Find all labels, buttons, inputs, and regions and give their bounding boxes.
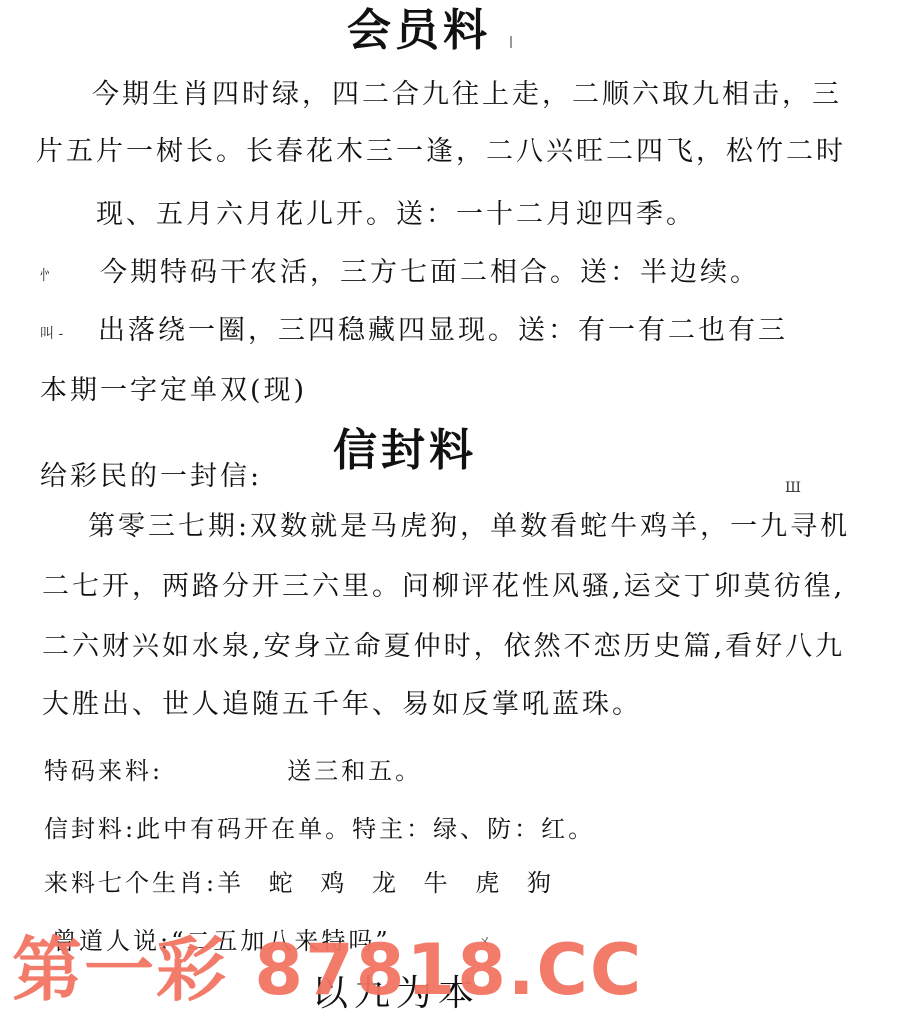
letter-line-4: 大胜出、世人追随五千年、易如反掌吼蓝珠。	[42, 688, 642, 722]
note-special-code: 特码来料:送三和五。	[44, 754, 422, 788]
letter-line-2: 二七开，两路分开三六里。问柳评花性风骚,运交丁卯莫彷徨,	[42, 570, 845, 604]
note-value: 此中有码开在单。特主：绿、防：红。	[136, 815, 595, 843]
note-label: 信封料:	[44, 815, 136, 843]
member-line-6: 本期一字定单双(现)	[40, 374, 307, 408]
note-value: 羊 蛇 鸡 龙 牛 虎 狗	[217, 869, 561, 897]
scan-mark	[510, 36, 512, 48]
note-label: 来料七个生肖:	[44, 869, 217, 897]
member-line-5: 出落绕一圈，三四稳藏四显现。送：有一有二也有三	[98, 314, 788, 348]
margin-mark: Ш	[785, 480, 801, 496]
watermark-logo: 第一彩 87818.CC	[12, 930, 643, 1010]
member-line-3: 现、五月六月花儿开。送：一十二月迎四季。	[96, 198, 696, 232]
letter-line-3: 二六财兴如水泉,安身立命夏仲时，依然不恋历史篇,看好八九	[42, 630, 845, 664]
section-title-member: 会员料	[347, 6, 491, 56]
note-value: 送三和五。	[287, 757, 422, 785]
note-envelope: 信封料:此中有码开在单。特主：绿、防：红。	[44, 812, 595, 846]
member-line-4: 今期特码干农活，三方七面二相合。送：半边续。	[100, 256, 760, 290]
member-line-1: 今期生肖四时绿，四二合九往上走，二顺六取九相击，三	[92, 78, 842, 112]
scan-artifact-2: 叫 -	[40, 326, 63, 342]
scan-artifact-1: 㣺	[38, 268, 52, 284]
letter-salutation: 给彩民的一封信:	[40, 460, 262, 494]
note-label: 特码来料:	[44, 757, 163, 785]
note-zodiacs: 来料七个生肖:羊 蛇 鸡 龙 牛 虎 狗	[44, 866, 561, 900]
member-line-2: 片五片一树长。长春花木三一逢，二八兴旺二四飞，松竹二时	[36, 135, 846, 169]
section-title-envelope: 信封料	[333, 426, 477, 476]
letter-line-1: 第零三七期:双数就是马虎狗，单数看蛇牛鸡羊，一九寻机	[88, 510, 850, 544]
